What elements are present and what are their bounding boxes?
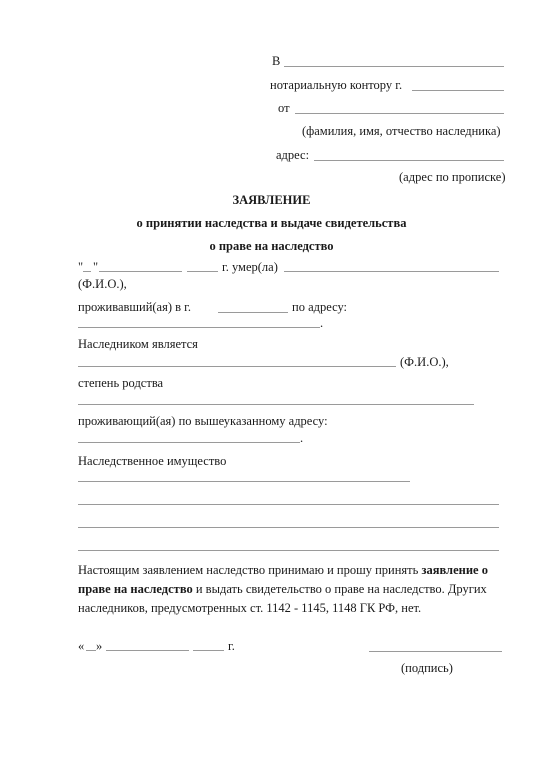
deceased-city-field[interactable] xyxy=(218,312,288,313)
period: . xyxy=(320,315,323,331)
lived-in-label: проживавший(ая) в г. xyxy=(78,299,191,315)
deceased-fio-label: (Ф.И.О.), xyxy=(78,276,127,292)
death-month-field[interactable] xyxy=(99,271,182,272)
living-at-label: проживающий(ая) по вышеуказанному адресу… xyxy=(78,413,328,429)
deceased-address-field[interactable] xyxy=(78,327,320,328)
applicant-name-field[interactable] xyxy=(295,113,504,114)
year-died-label: г. умер(ла) xyxy=(222,259,278,275)
relation-field[interactable] xyxy=(78,404,474,405)
heir-name-field[interactable] xyxy=(78,366,396,367)
at-address-label: по адресу: xyxy=(292,299,347,315)
document-subtitle-2: о праве на наследство xyxy=(0,238,543,254)
property-field-2[interactable] xyxy=(78,504,499,505)
property-field-1[interactable] xyxy=(78,481,410,482)
date-quote-open: " xyxy=(78,259,83,275)
signature-field[interactable] xyxy=(369,651,502,652)
footer-date-open: « xyxy=(78,638,84,654)
death-year-field[interactable] xyxy=(187,271,218,272)
to-label: В xyxy=(272,53,280,69)
sign-day-field[interactable] xyxy=(86,650,96,651)
heir-label: Наследником является xyxy=(78,336,198,352)
relation-label: степень родства xyxy=(78,375,163,391)
period-2: . xyxy=(300,430,303,446)
footer-year-label: г. xyxy=(228,638,235,654)
document-subtitle-1: о принятии наследства и выдаче свидетель… xyxy=(0,215,543,231)
from-label: от xyxy=(278,100,290,116)
fio-hint: (фамилия, имя, отчество наследника) xyxy=(302,123,501,139)
signature-hint: (подпись) xyxy=(401,660,453,676)
deceased-name-field[interactable] xyxy=(284,271,499,272)
date-quote-close: " xyxy=(93,259,98,275)
death-day-field[interactable] xyxy=(83,271,91,272)
property-field-4[interactable] xyxy=(78,550,499,551)
address-label: адрес: xyxy=(276,147,309,163)
statement-part-1: Настоящим заявлением наследство принимаю… xyxy=(78,563,421,577)
notary-city-field[interactable] xyxy=(412,90,504,91)
sign-year-field[interactable] xyxy=(193,650,224,651)
applicant-address-field[interactable] xyxy=(314,160,504,161)
address-hint: (адрес по прописке) xyxy=(399,169,506,185)
footer-date-close: » xyxy=(96,638,102,654)
notary-name-field[interactable] xyxy=(284,66,504,67)
heir-fio-label: (Ф.И.О.), xyxy=(400,354,449,370)
heir-address-field[interactable] xyxy=(78,442,300,443)
document-title: ЗАЯВЛЕНИЕ xyxy=(0,192,543,208)
property-field-3[interactable] xyxy=(78,527,499,528)
statement-paragraph: Настоящим заявлением наследство принимаю… xyxy=(78,561,503,618)
notary-label: нотариальную контору г. xyxy=(270,77,402,93)
sign-month-field[interactable] xyxy=(106,650,189,651)
property-label: Наследственное имущество xyxy=(78,453,226,469)
